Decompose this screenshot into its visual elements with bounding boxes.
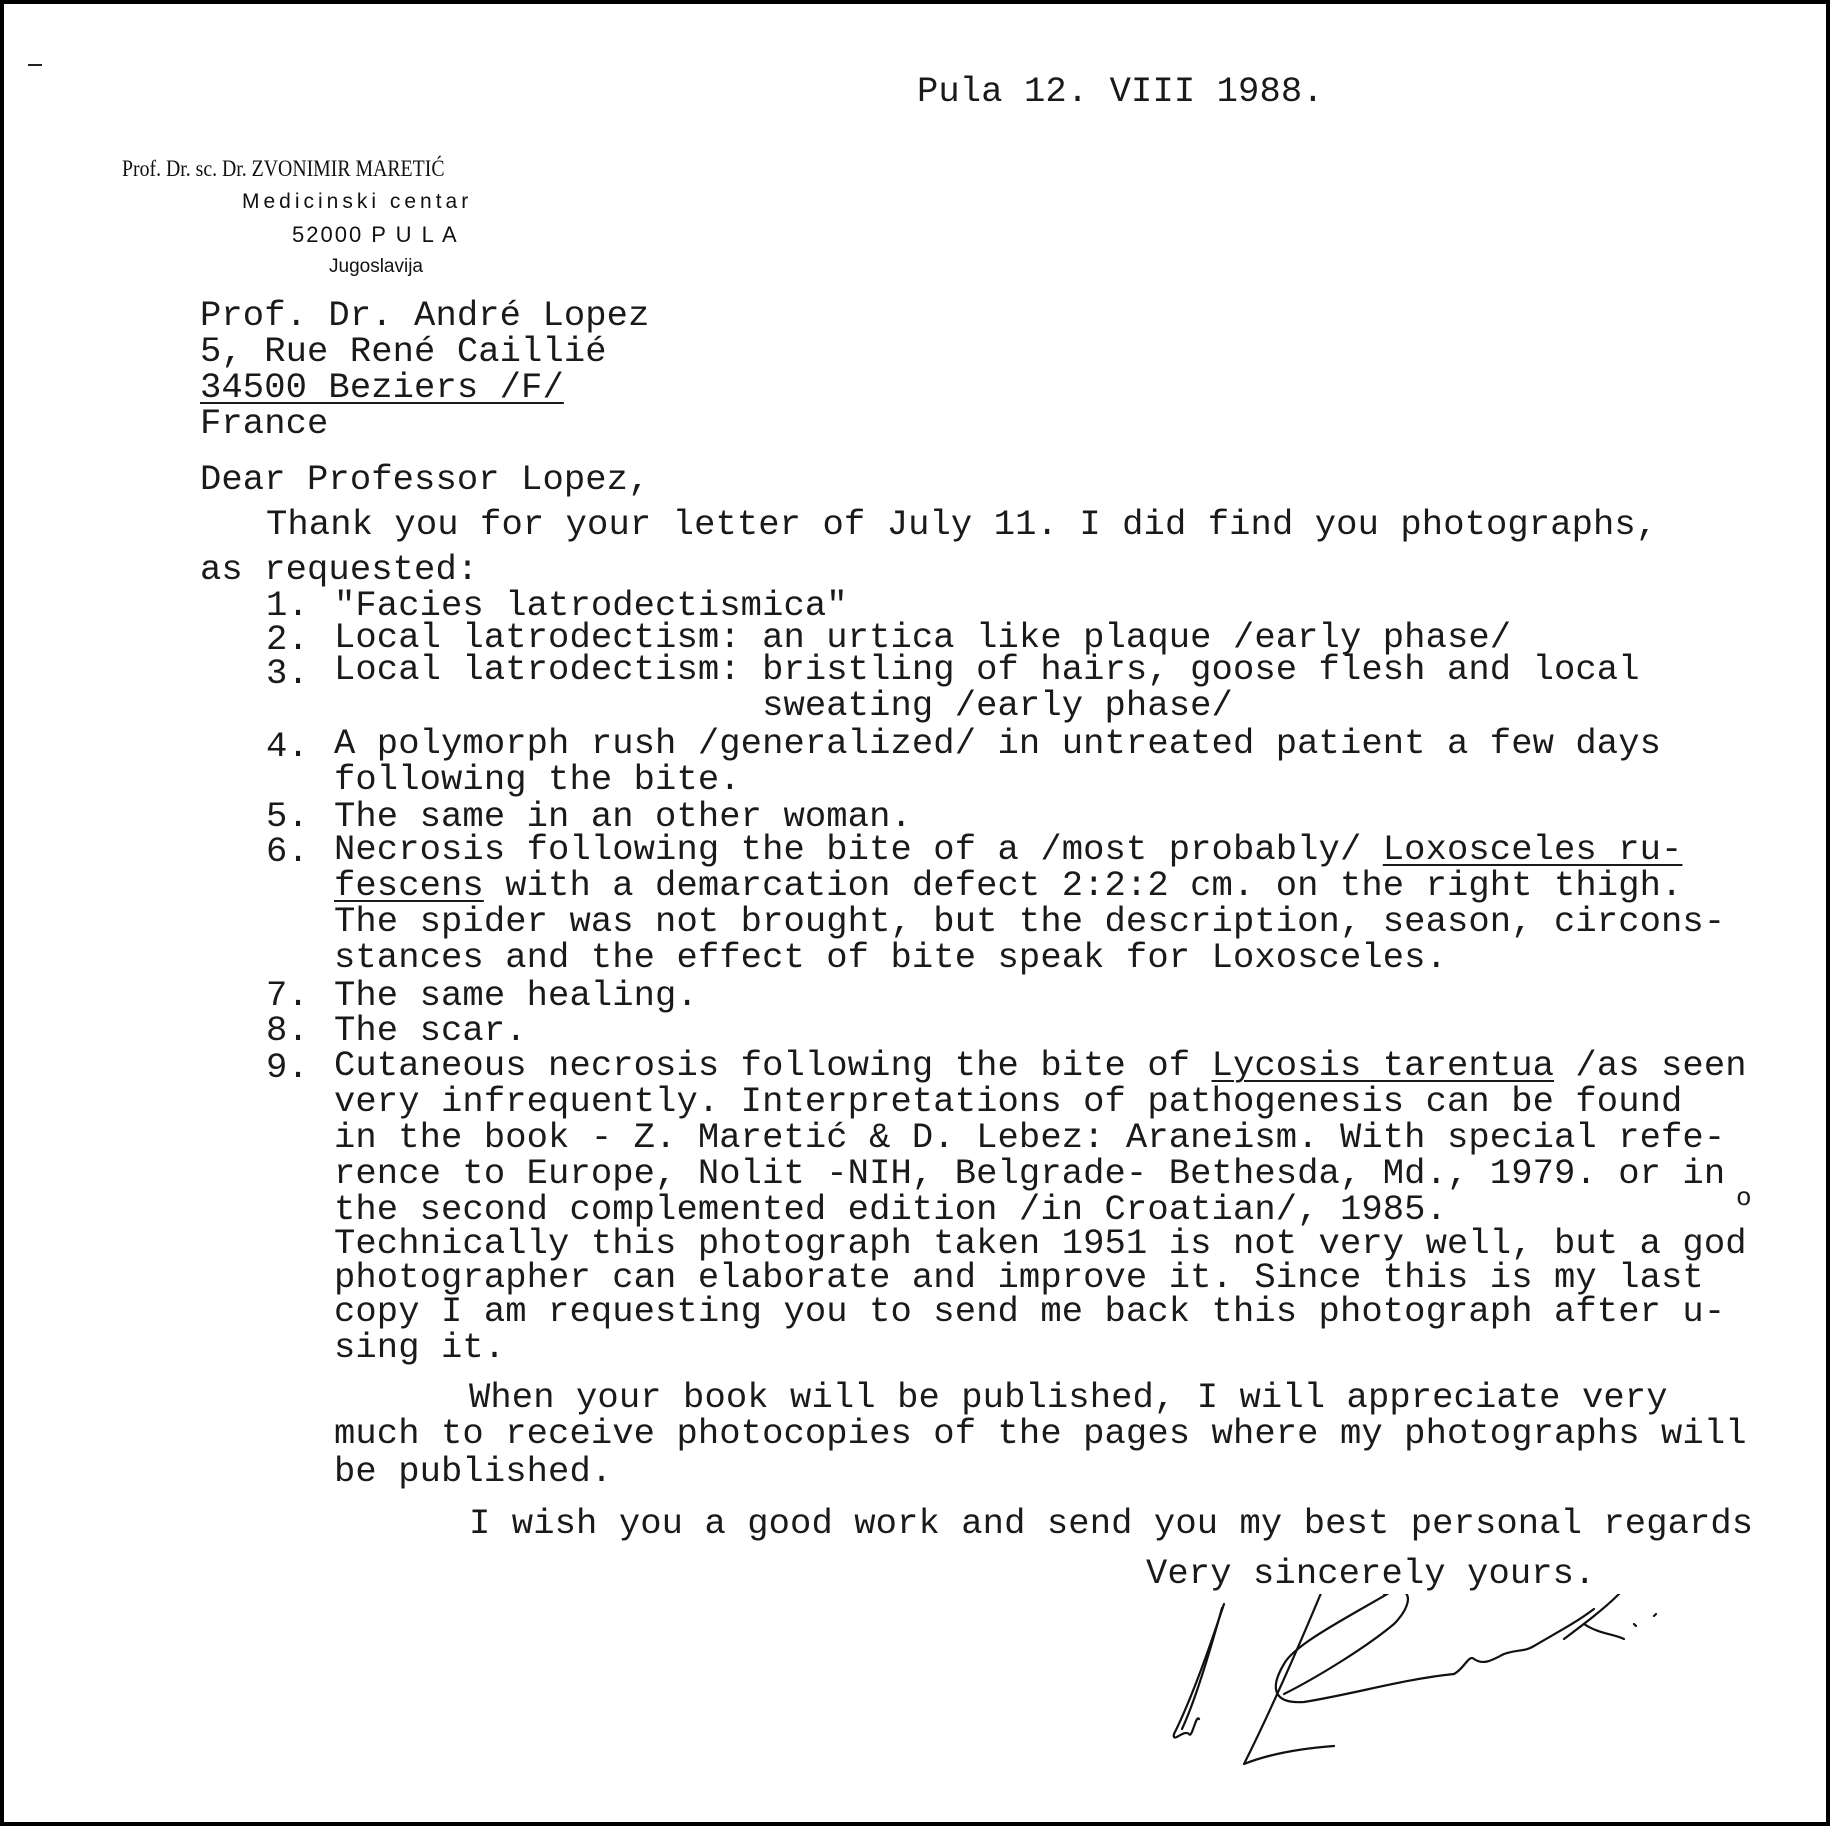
closing-line-2: much to receive photocopies of the pages… bbox=[334, 1416, 1747, 1452]
item-text: The scar. bbox=[334, 1013, 527, 1049]
item-number: 7. bbox=[266, 978, 309, 1014]
item-text: Necrosis following the bite of a /most p… bbox=[334, 832, 1682, 868]
item-text-cont: fescens with a demarcation defect 2:2:2 … bbox=[334, 868, 1682, 904]
salutation: Dear Professor Lopez, bbox=[200, 462, 649, 498]
item-text-cont: following the bite. bbox=[334, 762, 741, 798]
closing-line-1: When your book will be published, I will… bbox=[469, 1380, 1668, 1416]
regards-line: I wish you a good work and send you my b… bbox=[469, 1506, 1753, 1542]
correction-mark: o bbox=[1736, 1180, 1752, 1216]
item-text: The same healing. bbox=[334, 978, 698, 1014]
species-name: Loxosceles ru- bbox=[1383, 829, 1683, 870]
item-text-cont: sweating /early phase/ bbox=[334, 688, 1233, 724]
species-name: Lycosis tarentua bbox=[1212, 1045, 1554, 1086]
item-text-part: /as seen bbox=[1554, 1045, 1747, 1086]
item-number: 3. bbox=[266, 656, 309, 692]
item-text-cont: copy I am requesting you to send me back… bbox=[334, 1294, 1725, 1330]
item-number: 4. bbox=[266, 729, 309, 765]
item-text-part: Cutaneous necrosis following the bite of bbox=[334, 1045, 1212, 1086]
recipient-name: Prof. Dr. André Lopez bbox=[200, 298, 649, 334]
item-text-part: Necrosis following the bite of a /most p… bbox=[334, 829, 1383, 870]
item-number: 9. bbox=[266, 1050, 309, 1086]
item-text-part: with a demarcation defect 2:2:2 cm. on t… bbox=[484, 865, 1683, 906]
item-number: 8. bbox=[266, 1013, 309, 1049]
letterhead-name: Prof. Dr. sc. Dr. ZVONIMIR MARETIĆ bbox=[122, 156, 445, 182]
letterhead-institution: Medicinski centar bbox=[242, 190, 472, 214]
item-text-cont: in the book - Z. Maretić & D. Lebez: Ara… bbox=[334, 1120, 1725, 1156]
item-text: A polymorph rush /generalized/ in untrea… bbox=[334, 726, 1661, 762]
species-name-cont: fescens bbox=[334, 865, 484, 906]
letterhead-country: Jugoslavija bbox=[329, 256, 423, 278]
closing-line-3: be published. bbox=[334, 1454, 612, 1490]
item-text-cont: sing it. bbox=[334, 1330, 505, 1366]
letterhead-city: 52000 P U L A bbox=[292, 222, 459, 248]
handwritten-signature bbox=[1154, 1594, 1714, 1794]
item-text-cont: rence to Europe, Nolit -NIH, Belgrade- B… bbox=[334, 1156, 1725, 1192]
letter-page: Pula 12. VIII 1988. Prof. Dr. sc. Dr. ZV… bbox=[0, 0, 1830, 1826]
date-line: Pula 12. VIII 1988. bbox=[917, 74, 1324, 110]
item-number: 5. bbox=[266, 799, 309, 835]
intro-line-2: as requested: bbox=[200, 552, 478, 588]
recipient-country: France bbox=[200, 406, 328, 442]
item-text: Local latrodectism: bristling of hairs, … bbox=[334, 652, 1640, 688]
margin-tick-mark bbox=[28, 64, 42, 66]
recipient-street: 5, Rue René Caillié bbox=[200, 334, 607, 370]
item-text-cont: stances and the effect of bite speak for… bbox=[334, 940, 1447, 976]
item-number: 6. bbox=[266, 834, 309, 870]
item-text-cont: very infrequently. Interpretations of pa… bbox=[334, 1084, 1682, 1120]
intro-line-1: Thank you for your letter of July 11. I … bbox=[266, 507, 1657, 543]
sign-off: Very sincerely yours. bbox=[1146, 1556, 1595, 1592]
item-text-cont: The spider was not brought, but the desc… bbox=[334, 904, 1725, 940]
recipient-city: 34500 Beziers /F/ bbox=[200, 370, 564, 406]
item-text: Cutaneous necrosis following the bite of… bbox=[334, 1048, 1747, 1084]
signature-icon bbox=[1154, 1594, 1714, 1794]
